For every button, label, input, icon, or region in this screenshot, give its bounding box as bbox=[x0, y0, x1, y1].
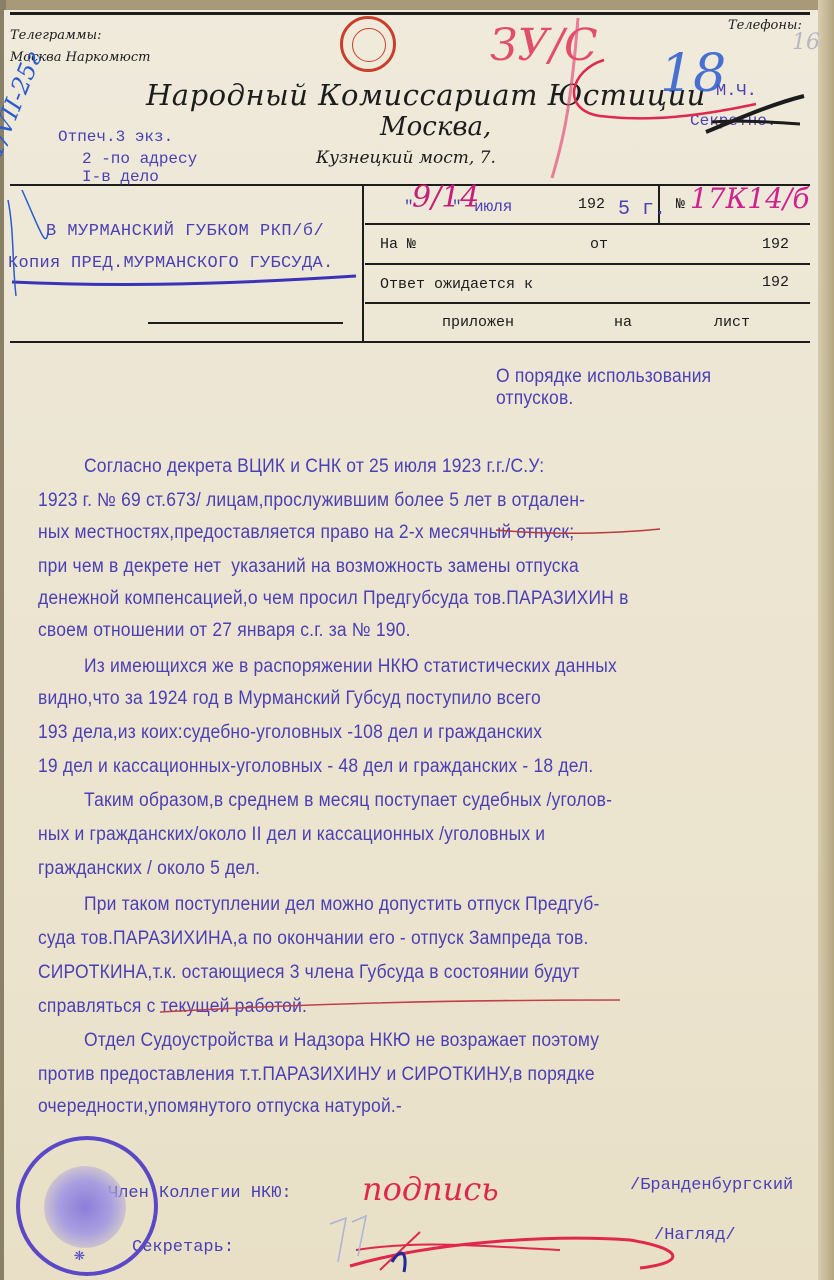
body-line: видно,что за 1924 год в Мурманский Губсу… bbox=[38, 688, 541, 710]
body-line: Отдел Судоустройства и Надзора НКЮ не во… bbox=[84, 1030, 599, 1052]
reply-to-number-label: На № bbox=[380, 236, 416, 253]
date-day-handwritten: 9/14 bbox=[412, 180, 479, 215]
right-margin-pencil-number: 16 bbox=[792, 30, 820, 55]
member-name: /Бранденбургский bbox=[630, 1176, 793, 1195]
body-line: гражданских / около 5 дел. bbox=[38, 858, 260, 880]
body-line: своем отношении от 27 января с.г. за № 1… bbox=[38, 620, 411, 642]
attached-on-label: на bbox=[614, 314, 632, 331]
answer-expected-label: Ответ ожидается к bbox=[380, 276, 533, 293]
copies-note-line1: Отпеч.3 экз. bbox=[58, 128, 173, 146]
attached-label: приложен bbox=[442, 314, 514, 331]
date-month: июля bbox=[474, 198, 512, 216]
seal-asterisk-icon: ❋ bbox=[74, 1244, 85, 1266]
subject-line1: О порядке использования bbox=[496, 366, 711, 388]
form-row-rule-1 bbox=[365, 223, 810, 225]
copies-note-line2: 2 -по адресу bbox=[82, 150, 197, 168]
red-pencil-resolution: ЗУ/С bbox=[490, 20, 598, 71]
recipient-line2: Копия ПРЕД.МУРМАНСКОГО ГУБСУДА. bbox=[8, 254, 334, 273]
body-line: справляться с текущей работой. bbox=[38, 996, 307, 1018]
date-close-quote: " bbox=[452, 198, 462, 216]
body-line: ных и гражданских/около II дел и кассаци… bbox=[38, 824, 545, 846]
state-emblem-seal bbox=[340, 16, 396, 72]
reply-year-placeholder: 192 bbox=[762, 236, 789, 253]
copies-note-line3: I-в дело bbox=[82, 168, 159, 186]
body-line: При таком поступлении дел можно допустит… bbox=[84, 894, 600, 916]
right-page-edge bbox=[818, 0, 834, 1280]
form-row-rule-3 bbox=[365, 302, 810, 304]
street-address: Кузнецкий мост, 7. bbox=[316, 148, 496, 168]
body-line: при чем в декрете нет указаний на возмож… bbox=[38, 556, 579, 578]
subject-line2: отпусков. bbox=[496, 388, 573, 410]
form-vertical-divider bbox=[362, 185, 364, 342]
date-year-suffix: 5 г. bbox=[618, 198, 666, 221]
phones-label: Телефоны: bbox=[728, 18, 802, 33]
secret-mark: Секретно. bbox=[690, 112, 776, 130]
date-year-prefix: 192 bbox=[578, 196, 605, 213]
body-line: 1923 г. № 69 ст.673/ лицам,прослужившим … bbox=[38, 490, 585, 512]
organization-title: Народный Комиссариат Юстиции bbox=[146, 78, 706, 112]
body-line: Согласно декрета ВЦИК и СНК от 25 июля 1… bbox=[84, 456, 544, 478]
telegrams-label: Телеграммы: bbox=[10, 28, 102, 43]
body-line: очередности,упомянутого отпуска натурой.… bbox=[38, 1096, 402, 1118]
reply-from-label: от bbox=[590, 236, 608, 253]
recipient-signature-line bbox=[148, 322, 343, 324]
outgoing-number-handwritten: 17К14/б bbox=[690, 182, 809, 215]
form-bottom-rule bbox=[10, 341, 810, 343]
top-border-rule bbox=[10, 12, 810, 15]
body-line: Из имеющихся же в распоряжении НКЮ стати… bbox=[84, 656, 617, 678]
body-line: Таким образом,в среднем в месяц поступае… bbox=[84, 790, 612, 812]
answer-year-placeholder: 192 bbox=[762, 274, 789, 291]
body-line: денежной компенсацией,о чем просил Предг… bbox=[38, 588, 629, 610]
form-row-rule-2 bbox=[365, 263, 810, 265]
sheets-label: лист bbox=[714, 314, 750, 331]
body-line: СИРОТКИНА,т.к. остающиеся 3 члена Губсуд… bbox=[38, 962, 580, 984]
body-line: против предоставления т.т.ПАРАЗИХИНУ и С… bbox=[38, 1064, 595, 1086]
secretary-name: /Нагляд/ bbox=[654, 1226, 736, 1245]
body-line: ных местностях,предоставляется право на … bbox=[38, 522, 574, 544]
seal-emblem bbox=[44, 1166, 126, 1248]
recipient-line1: В МУРМАНСКИЙ ГУБКОМ РКП/б/ bbox=[46, 222, 324, 241]
city-name: Москва, bbox=[380, 112, 491, 142]
number-label: № bbox=[676, 196, 685, 213]
body-line: 19 дел и кассационных-уголовных - 48 дел… bbox=[38, 756, 593, 778]
body-line: суда тов.ПАРАЗИХИНА,а по окончании его -… bbox=[38, 928, 589, 950]
member-handwritten-signature: подпись bbox=[362, 1170, 499, 1208]
body-line: 193 дела,из коих:судебно-уголовных -108 … bbox=[38, 722, 542, 744]
blue-pencil-number: 18 bbox=[660, 44, 726, 104]
